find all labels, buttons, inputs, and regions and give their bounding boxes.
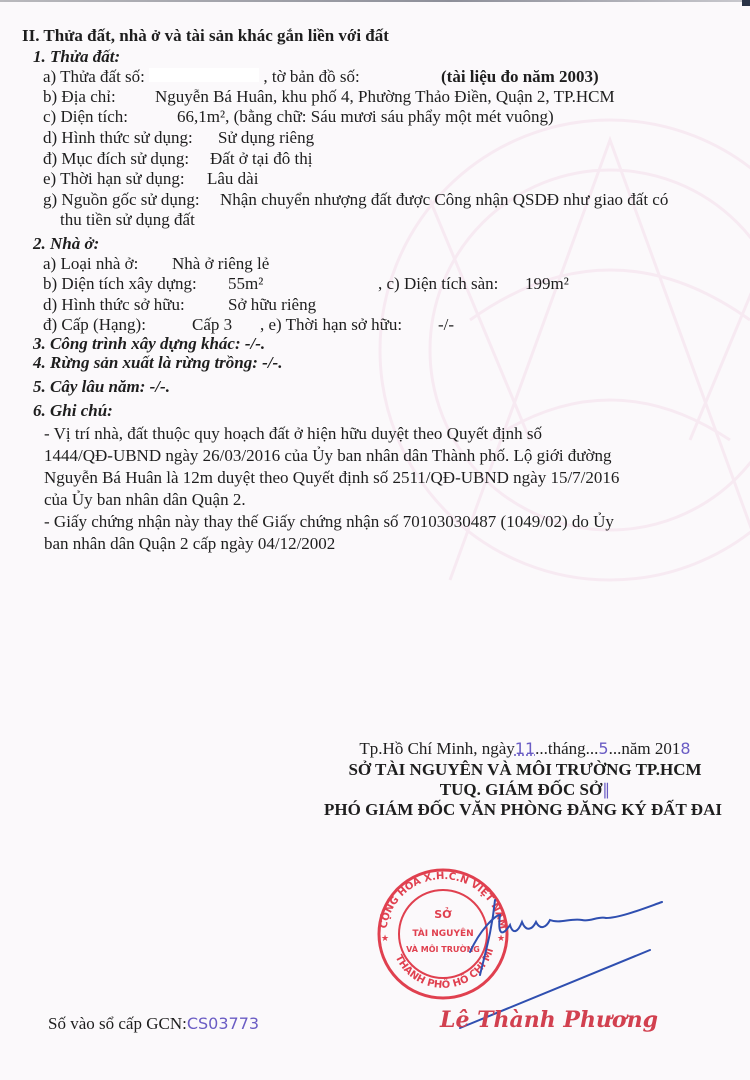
note-line: của Ủy ban nhân dân Quận 2.	[44, 490, 246, 510]
handwritten-signature-icon	[400, 860, 750, 1030]
note-line: - Vị trí nhà, đất thuộc quy hoạch đất ở …	[44, 424, 542, 444]
usage-form-label: d) Hình thức sử dụng:	[43, 128, 193, 148]
build-area-value: 55m²	[228, 274, 263, 294]
floor-area-value: 199m²	[525, 274, 569, 294]
position-title: PHÓ GIÁM ĐỐC VĂN PHÒNG ĐĂNG KÝ ĐẤT ĐAI	[298, 800, 748, 819]
initial-mark-icon: ∥	[602, 780, 610, 799]
authority-line: TUQ. GIÁM ĐỐC SỞ∥	[300, 780, 750, 799]
registry-row: Số vào sổ cấp GCN:CS03773	[48, 1014, 259, 1034]
house-heading: 2. Nhà ở:	[33, 234, 99, 254]
ownership-term-value: -/-	[438, 315, 454, 335]
area-label: c) Diện tích:	[43, 107, 128, 127]
land-parcel-row: a) Thửa đất số: , tờ bản đồ số:	[43, 67, 360, 87]
scan-corner	[742, 0, 750, 6]
ownership-label: d) Hình thức sở hữu:	[43, 295, 185, 315]
svg-text:★: ★	[381, 933, 389, 943]
handwritten-day: 11	[515, 739, 535, 758]
section-title: II. Thửa đất, nhà ở và tài sản khác gắn …	[22, 26, 389, 46]
note-line: ban nhân dân Quận 2 cấp ngày 04/12/2002	[44, 534, 335, 554]
signer-name: Lê Thành Phương	[440, 1010, 658, 1030]
agency-name: SỞ TÀI NGUYÊN VÀ MÔI TRƯỜNG TP.HCM	[300, 760, 750, 779]
handwritten-year-digit: 8	[680, 739, 690, 758]
origin-value-line1: Nhận chuyển nhượng đất được Công nhận QS…	[220, 190, 668, 210]
origin-value-line2: thu tiền sử dụng đất	[60, 210, 195, 230]
grade-value: Cấp 3	[192, 315, 232, 335]
usage-form-value: Sử dụng riêng	[218, 128, 314, 148]
map-sheet-label: , tờ bản đồ số:	[263, 67, 359, 86]
notes-heading: 6. Ghi chú:	[33, 401, 113, 421]
note-line: 1444/QĐ-UBND ngày 26/03/2016 của Ủy ban …	[44, 446, 612, 466]
survey-note: (tài liệu đo năm 2003)	[441, 67, 599, 87]
area-value: 66,1m², (bằng chữ: Sáu mươi sáu phẩy một…	[177, 107, 554, 127]
purpose-label: đ) Mục đích sử dụng:	[43, 149, 189, 169]
house-type-value: Nhà ở riêng lẻ	[172, 254, 269, 274]
term-value: Lâu dài	[207, 169, 258, 189]
note-line: Nguyễn Bá Huân là 12m duyệt theo Quyết đ…	[44, 468, 619, 488]
ownership-value: Sở hữu riêng	[228, 295, 316, 315]
grade-label: đ) Cấp (Hạng):	[43, 315, 146, 335]
perennial-trees: 5. Cây lâu năm: -/-.	[33, 377, 170, 397]
land-heading: 1. Thửa đất:	[33, 47, 120, 67]
build-area-label: b) Diện tích xây dựng:	[43, 274, 197, 294]
registry-label: Số vào sổ cấp GCN:	[48, 1014, 187, 1033]
production-forest: 4. Rừng sản xuất là rừng trồng: -/-.	[33, 353, 282, 373]
place-date-line: Tp.Hồ Chí Minh, ngày11...tháng...5...năm…	[300, 739, 750, 759]
house-type-label: a) Loại nhà ở:	[43, 254, 138, 274]
registry-number: CS03773	[187, 1014, 259, 1033]
floor-area-label: , c) Diện tích sàn:	[378, 274, 498, 294]
ownership-term-label: , e) Thời hạn sở hữu:	[260, 315, 402, 335]
scan-top-edge	[0, 0, 750, 2]
note-line: - Giấy chứng nhận này thay thế Giấy chứn…	[44, 512, 614, 532]
parcel-label: a) Thửa đất số:	[43, 67, 145, 86]
term-label: e) Thời hạn sử dụng:	[43, 169, 185, 189]
address-value: Nguyễn Bá Huân, khu phố 4, Phường Thảo Đ…	[155, 87, 615, 107]
handwritten-month: 5	[598, 739, 608, 758]
other-works: 3. Công trình xây dựng khác: -/-.	[33, 334, 265, 354]
address-label: b) Địa chỉ:	[43, 87, 116, 107]
purpose-value: Đất ở tại đô thị	[210, 149, 312, 169]
parcel-number-redacted	[149, 68, 259, 82]
origin-label: g) Nguồn gốc sử dụng:	[43, 190, 200, 210]
